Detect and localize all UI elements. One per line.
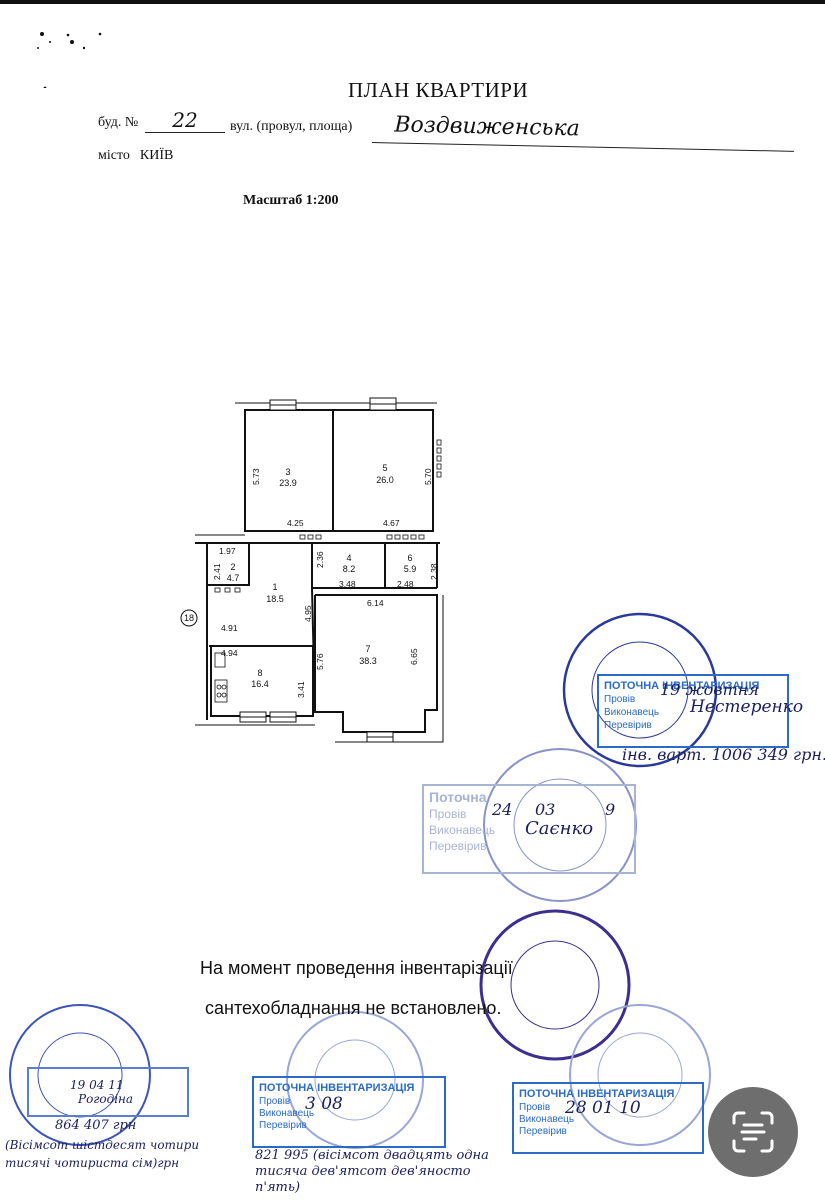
- dim: 4.91: [221, 623, 238, 633]
- dim: 5.70: [423, 468, 433, 485]
- stamp-line: Перевірив: [604, 720, 652, 731]
- stamp-header: Поточна: [429, 789, 487, 805]
- handwritten-month: 03: [535, 800, 555, 819]
- room-6-area: 5.9: [404, 564, 417, 574]
- stamp-line: Провів: [259, 1096, 290, 1107]
- stamp-line: Провів: [604, 694, 635, 705]
- handwritten-name: Рогодіна: [78, 1092, 133, 1106]
- street-label: вул. (провул, площа): [230, 119, 352, 135]
- seal-6: [570, 1005, 710, 1145]
- note-line-1: На момент проведення інвентарізації: [200, 958, 513, 979]
- dim: 2.48: [397, 579, 414, 589]
- note-line-2: сантехобладнання не встановлено.: [205, 998, 501, 1019]
- room-3-area: 23.9: [279, 478, 297, 488]
- handwritten-day: 24: [492, 800, 512, 819]
- handwritten-note: 821 995 (вісімсот двадцять одна тисяча д…: [255, 1148, 515, 1196]
- room-1-number: 1: [272, 582, 277, 592]
- room-7-area: 38.3: [359, 656, 377, 666]
- scale-label: Масштаб 1:200: [243, 193, 338, 209]
- room-4-area: 8.2: [343, 564, 356, 574]
- dim: 4.94: [221, 648, 238, 658]
- building-label: буд. №: [98, 115, 138, 131]
- city-row: містоКИЇВ: [98, 148, 173, 164]
- stamp-line: Виконавець: [429, 823, 495, 837]
- dim: 4.67: [383, 518, 400, 528]
- room-7-number: 7: [365, 644, 370, 654]
- room-5-area: 26.0: [376, 475, 394, 485]
- stamp-line: Провів: [519, 1102, 550, 1113]
- street-value: Воздвиженська: [372, 112, 795, 152]
- stamp-line: Перевірив: [429, 839, 486, 853]
- stamp-line: Виконавець: [604, 707, 659, 718]
- seal-3: [481, 911, 629, 1059]
- city-label: місто: [98, 148, 130, 163]
- room-4-number: 4: [346, 553, 351, 563]
- dim: 5.76: [315, 653, 325, 670]
- room-8-area: 16.4: [251, 679, 269, 689]
- handwritten-value: 864 407 грн: [55, 1118, 136, 1133]
- room-8-number: 8: [257, 668, 262, 678]
- room-1-area: 18.5: [266, 594, 284, 604]
- handwritten-value: інв. варт. 1006 349 грн.: [622, 745, 825, 764]
- document-title: ПЛАН КВАРТИРИ: [348, 78, 528, 103]
- handwritten-date: 3 08: [305, 1094, 343, 1114]
- dim: 3.48: [339, 579, 356, 589]
- handwritten-name: Нестеренко: [690, 697, 803, 717]
- dim: 4.95: [303, 605, 313, 622]
- building-number: 22: [145, 108, 225, 133]
- scan-text-icon: [730, 1109, 776, 1155]
- room-3-number: 3: [285, 467, 290, 477]
- photo-edge: [0, 0, 825, 4]
- city-value: КИЇВ: [140, 148, 173, 163]
- dim: 5.73: [251, 468, 261, 485]
- scan-text-button[interactable]: [708, 1087, 798, 1177]
- handwritten-date: 28 01 10: [565, 1098, 641, 1118]
- stamp-line: Перевірив: [259, 1120, 307, 1131]
- dim: 2.38: [429, 563, 439, 580]
- handwritten-note: (Вісімсот шістдесят чотири тисячі чотири…: [5, 1136, 245, 1172]
- dim: 6.14: [367, 598, 384, 608]
- stamp-line: Перевірив: [519, 1126, 567, 1137]
- handwritten-name: Саєнко: [525, 818, 593, 839]
- stamp-line: Провів: [429, 807, 466, 821]
- handwritten-year: 9: [605, 800, 615, 819]
- dim: 3.41: [296, 681, 306, 698]
- dim: 1.97: [219, 546, 236, 556]
- seal-5: [287, 1012, 423, 1148]
- dim: 2.36: [315, 551, 325, 568]
- noise-specks: [20, 28, 110, 88]
- section-marker: 18: [184, 613, 194, 623]
- dim: 4.25: [287, 518, 304, 528]
- room-2-area: 4.7: [227, 573, 240, 583]
- handwritten-date: 19 04 11: [70, 1078, 124, 1092]
- room-5-number: 5: [382, 463, 387, 473]
- room-2-number: 2: [230, 562, 235, 572]
- dim: 6.65: [409, 648, 419, 665]
- room-6-number: 6: [407, 553, 412, 563]
- dim: 2.41: [212, 563, 222, 580]
- floor-plan: 18 3 23.9 5 26.0 2 4.7 4 8.2 6 5.9 1 18.…: [175, 390, 465, 750]
- stamp-header: ПОТОЧНА ІНВЕНТАРИЗАЦІЯ: [259, 1082, 415, 1094]
